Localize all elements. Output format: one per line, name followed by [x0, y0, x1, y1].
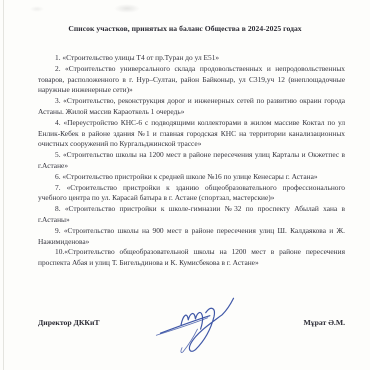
scan-edge-artifact: [3, 0, 4, 370]
list-item-number: 9.: [55, 226, 64, 235]
list-item-number: 2.: [55, 64, 65, 73]
list-item: 2. «Строительство универсального склада …: [38, 64, 345, 96]
list-item-text: «Строительство, реконструкция дорог и ин…: [38, 96, 345, 116]
list-item: 4. «Переустройство КНС-6 с подводящими к…: [38, 118, 345, 150]
project-list: 1. «Строительство улицы Т4 от пр.Туран д…: [38, 53, 345, 269]
list-item-number: 7.: [55, 183, 67, 192]
list-item-text: «Строительство улицы Т4 от пр.Туран до у…: [62, 53, 219, 62]
list-item-number: 10.: [55, 247, 64, 256]
list-item-text: «Строительство универсального склада про…: [38, 64, 345, 95]
list-item-text: «Строительство школы на 1200 мест в райо…: [38, 150, 345, 170]
document-title: Список участков, принятых на баланс Обще…: [20, 24, 350, 33]
scan-smudge: [114, 4, 140, 13]
list-item-text: «Строительство пристройки к средней школ…: [62, 172, 317, 181]
list-item: 6. «Строительство пристройки к средней ш…: [38, 172, 345, 183]
list-item-number: 5.: [55, 150, 63, 159]
list-item: 8. «Строительство пристройки к школе-гим…: [38, 204, 345, 226]
scan-smudge: [30, 6, 44, 12]
list-item: 10.«Строительство общеобразовательной шк…: [38, 247, 345, 269]
list-item-text: «Строительство школы на 900 мест в район…: [38, 226, 345, 246]
list-item-number: 8.: [55, 204, 65, 213]
footer-director-title: Директор ДККиТ: [38, 318, 100, 327]
list-item-text: «Строительство общеобразовательной школы…: [38, 247, 345, 267]
list-item: 1. «Строительство улицы Т4 от пр.Туран д…: [38, 53, 345, 64]
footer-director-name: Мұрат Ә.М.: [304, 318, 346, 327]
list-item: 3. «Строительство, реконструкция дорог и…: [38, 96, 345, 118]
list-item: 5. «Строительство школы на 1200 мест в р…: [38, 150, 345, 172]
list-item-text: «Строительство пристройки к школе-гимназ…: [38, 204, 345, 224]
scanned-document-page: Список участков, принятых на баланс Обще…: [0, 0, 370, 370]
list-item: 7. «Строительство пристройки к зданию об…: [38, 183, 345, 205]
list-item-text: «Строительство пристройки к зданию общео…: [38, 183, 345, 203]
list-item-text: «Переустройство КНС-6 с подводящими колл…: [38, 118, 345, 149]
list-item-number: 3.: [55, 96, 63, 105]
signature-scribble: [145, 290, 250, 360]
list-item: 9. «Строительство школы на 900 мест в ра…: [38, 226, 345, 248]
